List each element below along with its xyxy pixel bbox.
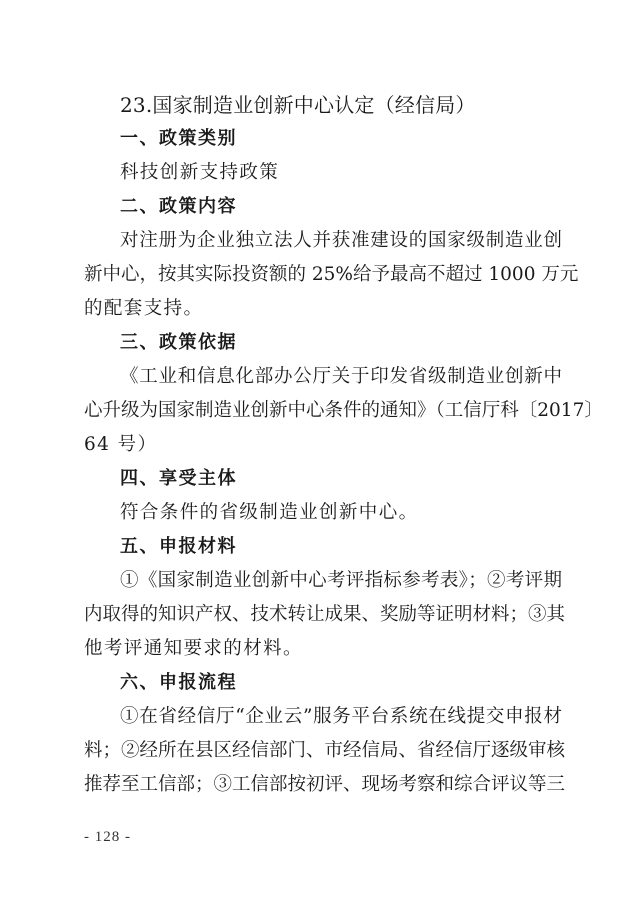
document-title: 23.国家制造业创新中心认定（经信局） (84, 88, 562, 122)
section-text: 的配套支持。 (84, 292, 562, 326)
section-text: ①《国家制造业创新中心考评指标参考表》；②考评期 (84, 564, 562, 598)
section-text: 《工业和信息化部办公厅关于印发省级制造业创新中 (84, 360, 562, 394)
section-heading-basis: 三、政策依据 (84, 326, 562, 360)
section-heading-category: 一、政策类别 (84, 122, 562, 156)
section-text: ①在省经信厅“企业云”服务平台系统在线提交申报材 (84, 700, 562, 734)
section-text: 符合条件的省级制造业创新中心。 (84, 496, 562, 530)
section-text: 料；②经所在县区经信部门、市经信局、省经信厅逐级审核 (84, 734, 562, 768)
section-heading-process: 六、申报流程 (84, 666, 562, 700)
section-text: 内取得的知识产权、技术转让成果、奖励等证明材料；③其 (84, 598, 562, 632)
section-heading-beneficiary: 四、享受主体 (84, 462, 562, 496)
section-heading-content: 二、政策内容 (84, 190, 562, 224)
page-number: - 128 - (84, 829, 131, 846)
section-text: 64 号） (84, 428, 562, 462)
document-page: 23.国家制造业创新中心认定（经信局） 一、政策类别 科技创新支持政策 二、政策… (84, 88, 562, 802)
section-text: 对注册为企业独立法人并获准建设的国家级制造业创 (84, 224, 562, 258)
section-text: 科技创新支持政策 (84, 156, 562, 190)
section-text: 他考评通知要求的材料。 (84, 632, 562, 666)
section-text: 心升级为国家制造业创新中心条件的通知》（工信厅科〔2017〕 (84, 394, 562, 428)
section-text: 推荐至工信部；③工信部按初评、现场考察和综合评议等三 (84, 768, 562, 802)
section-text: 新中心，按其实际投资额的 25%给予最高不超过 1000 万元 (84, 258, 562, 292)
section-heading-materials: 五、申报材料 (84, 530, 562, 564)
